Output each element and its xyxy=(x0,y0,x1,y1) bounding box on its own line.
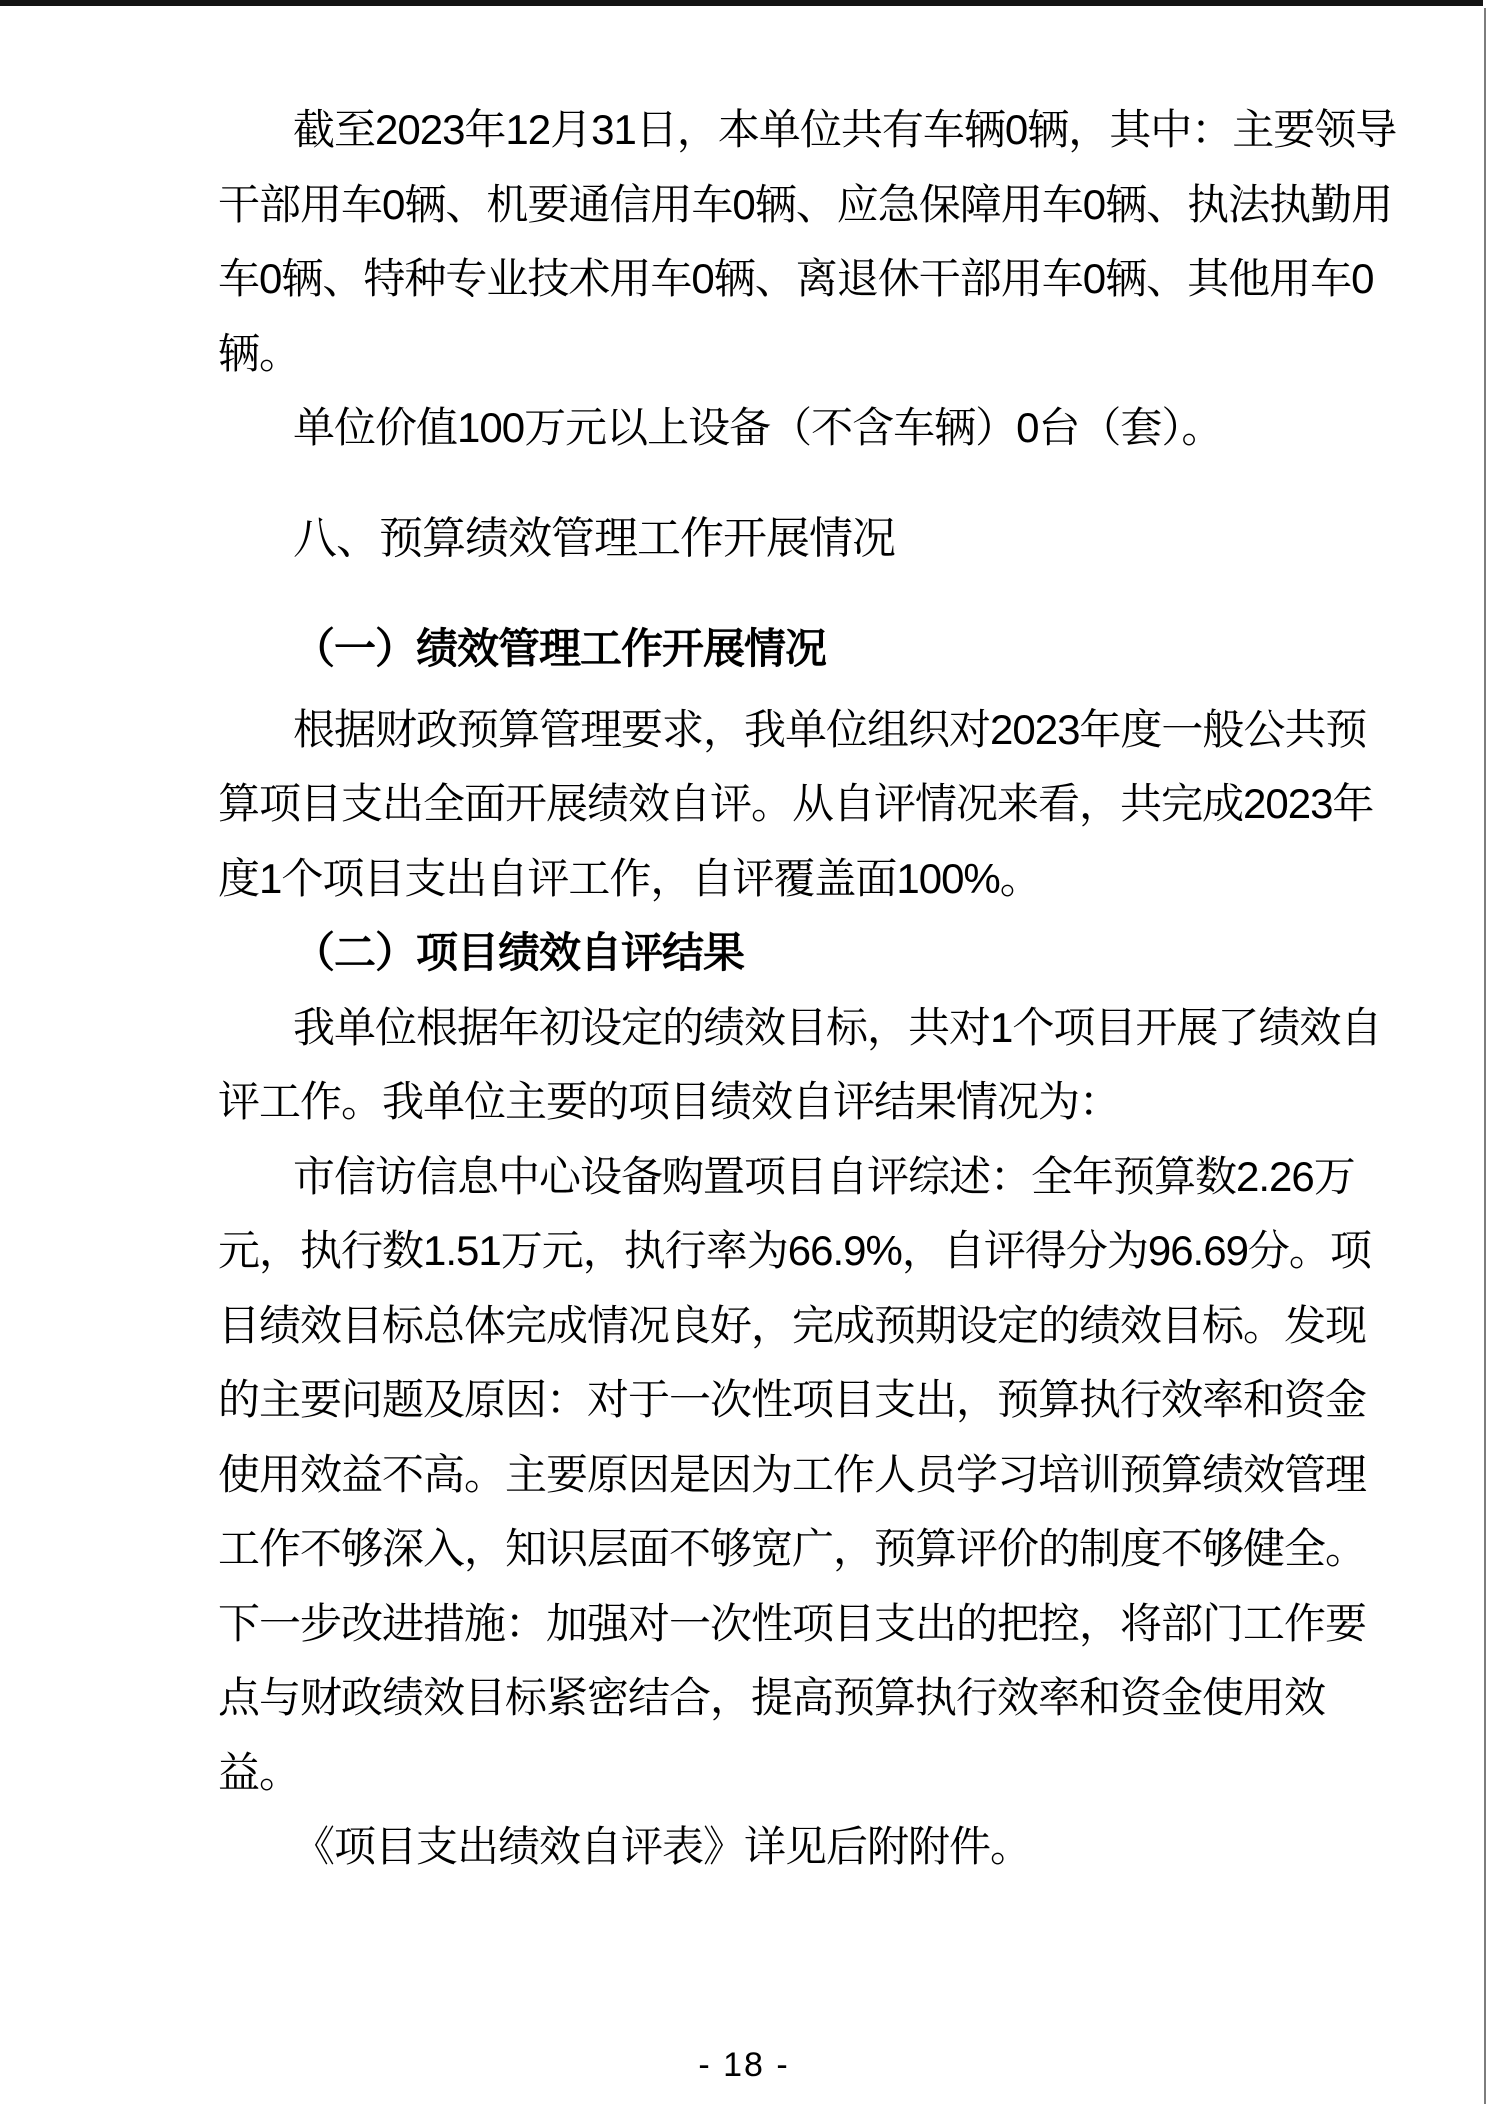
body-line: 评工作。我单位主要的项目绩效自评结果情况为： xyxy=(218,1065,1293,1140)
sub-heading: （二）项目绩效自评结果 xyxy=(218,916,1293,991)
body-line: 单位价值100万元以上设备（不含车辆）0台（套）。 xyxy=(218,391,1293,466)
page-number: - 18 - xyxy=(0,2046,1488,2085)
body-line: 工作不够深入，知识层面不够宽广，预算评价的制度不够健全。 xyxy=(218,1512,1293,1587)
page-body: 截至2023年12月31日，本单位共有车辆0辆，其中：主要领导 干部用车0辆、机… xyxy=(218,93,1293,1885)
body-line: 《项目支出绩效自评表》详见后附附件。 xyxy=(218,1810,1293,1885)
body-line: 下一步改进措施：加强对一次性项目支出的把控，将部门工作要 xyxy=(218,1587,1293,1662)
body-line: 的主要问题及原因：对于一次性项目支出，预算执行效率和资金 xyxy=(218,1363,1293,1438)
scan-artifact-top-bar xyxy=(0,0,1483,6)
body-line: 根据财政预算管理要求，我单位组织对2023年度一般公共预 xyxy=(218,693,1293,768)
body-line: 我单位根据年初设定的绩效目标，共对1个项目开展了绩效自 xyxy=(218,991,1293,1066)
body-line: 辆。 xyxy=(218,317,1293,392)
body-line: 干部用车0辆、机要通信用车0辆、应急保障用车0辆、执法执勤用 xyxy=(218,168,1293,243)
body-line: 算项目支出全面开展绩效自评。从自评情况来看，共完成2023年 xyxy=(218,767,1293,842)
body-line: 益。 xyxy=(218,1736,1293,1811)
body-line: 车0辆、特种专业技术用车0辆、离退休干部用车0辆、其他用车0 xyxy=(218,242,1293,317)
body-line: 市信访信息中心设备购置项目自评综述：全年预算数2.26万 xyxy=(218,1140,1293,1215)
scan-artifact-right-line xyxy=(1484,8,1486,2104)
body-line: 度1个项目支出自评工作，自评覆盖面100%。 xyxy=(218,842,1293,917)
sub-heading: （一）绩效管理工作开展情况 xyxy=(218,612,1293,687)
body-line: 元，执行数1.51万元，执行率为66.9%，自评得分为96.69分。项 xyxy=(218,1214,1293,1289)
body-line: 点与财政绩效目标紧密结合，提高预算执行效率和资金使用效 xyxy=(218,1661,1293,1736)
body-line: 使用效益不高。主要原因是因为工作人员学习培训预算绩效管理 xyxy=(218,1438,1293,1513)
body-line: 目绩效目标总体完成情况良好，完成预期设定的绩效目标。发现 xyxy=(218,1289,1293,1364)
section-heading: 八、预算绩效管理工作开展情况 xyxy=(218,502,1293,577)
document-page: 截至2023年12月31日，本单位共有车辆0辆，其中：主要领导 干部用车0辆、机… xyxy=(0,0,1488,2104)
body-line: 截至2023年12月31日，本单位共有车辆0辆，其中：主要领导 xyxy=(218,93,1293,168)
